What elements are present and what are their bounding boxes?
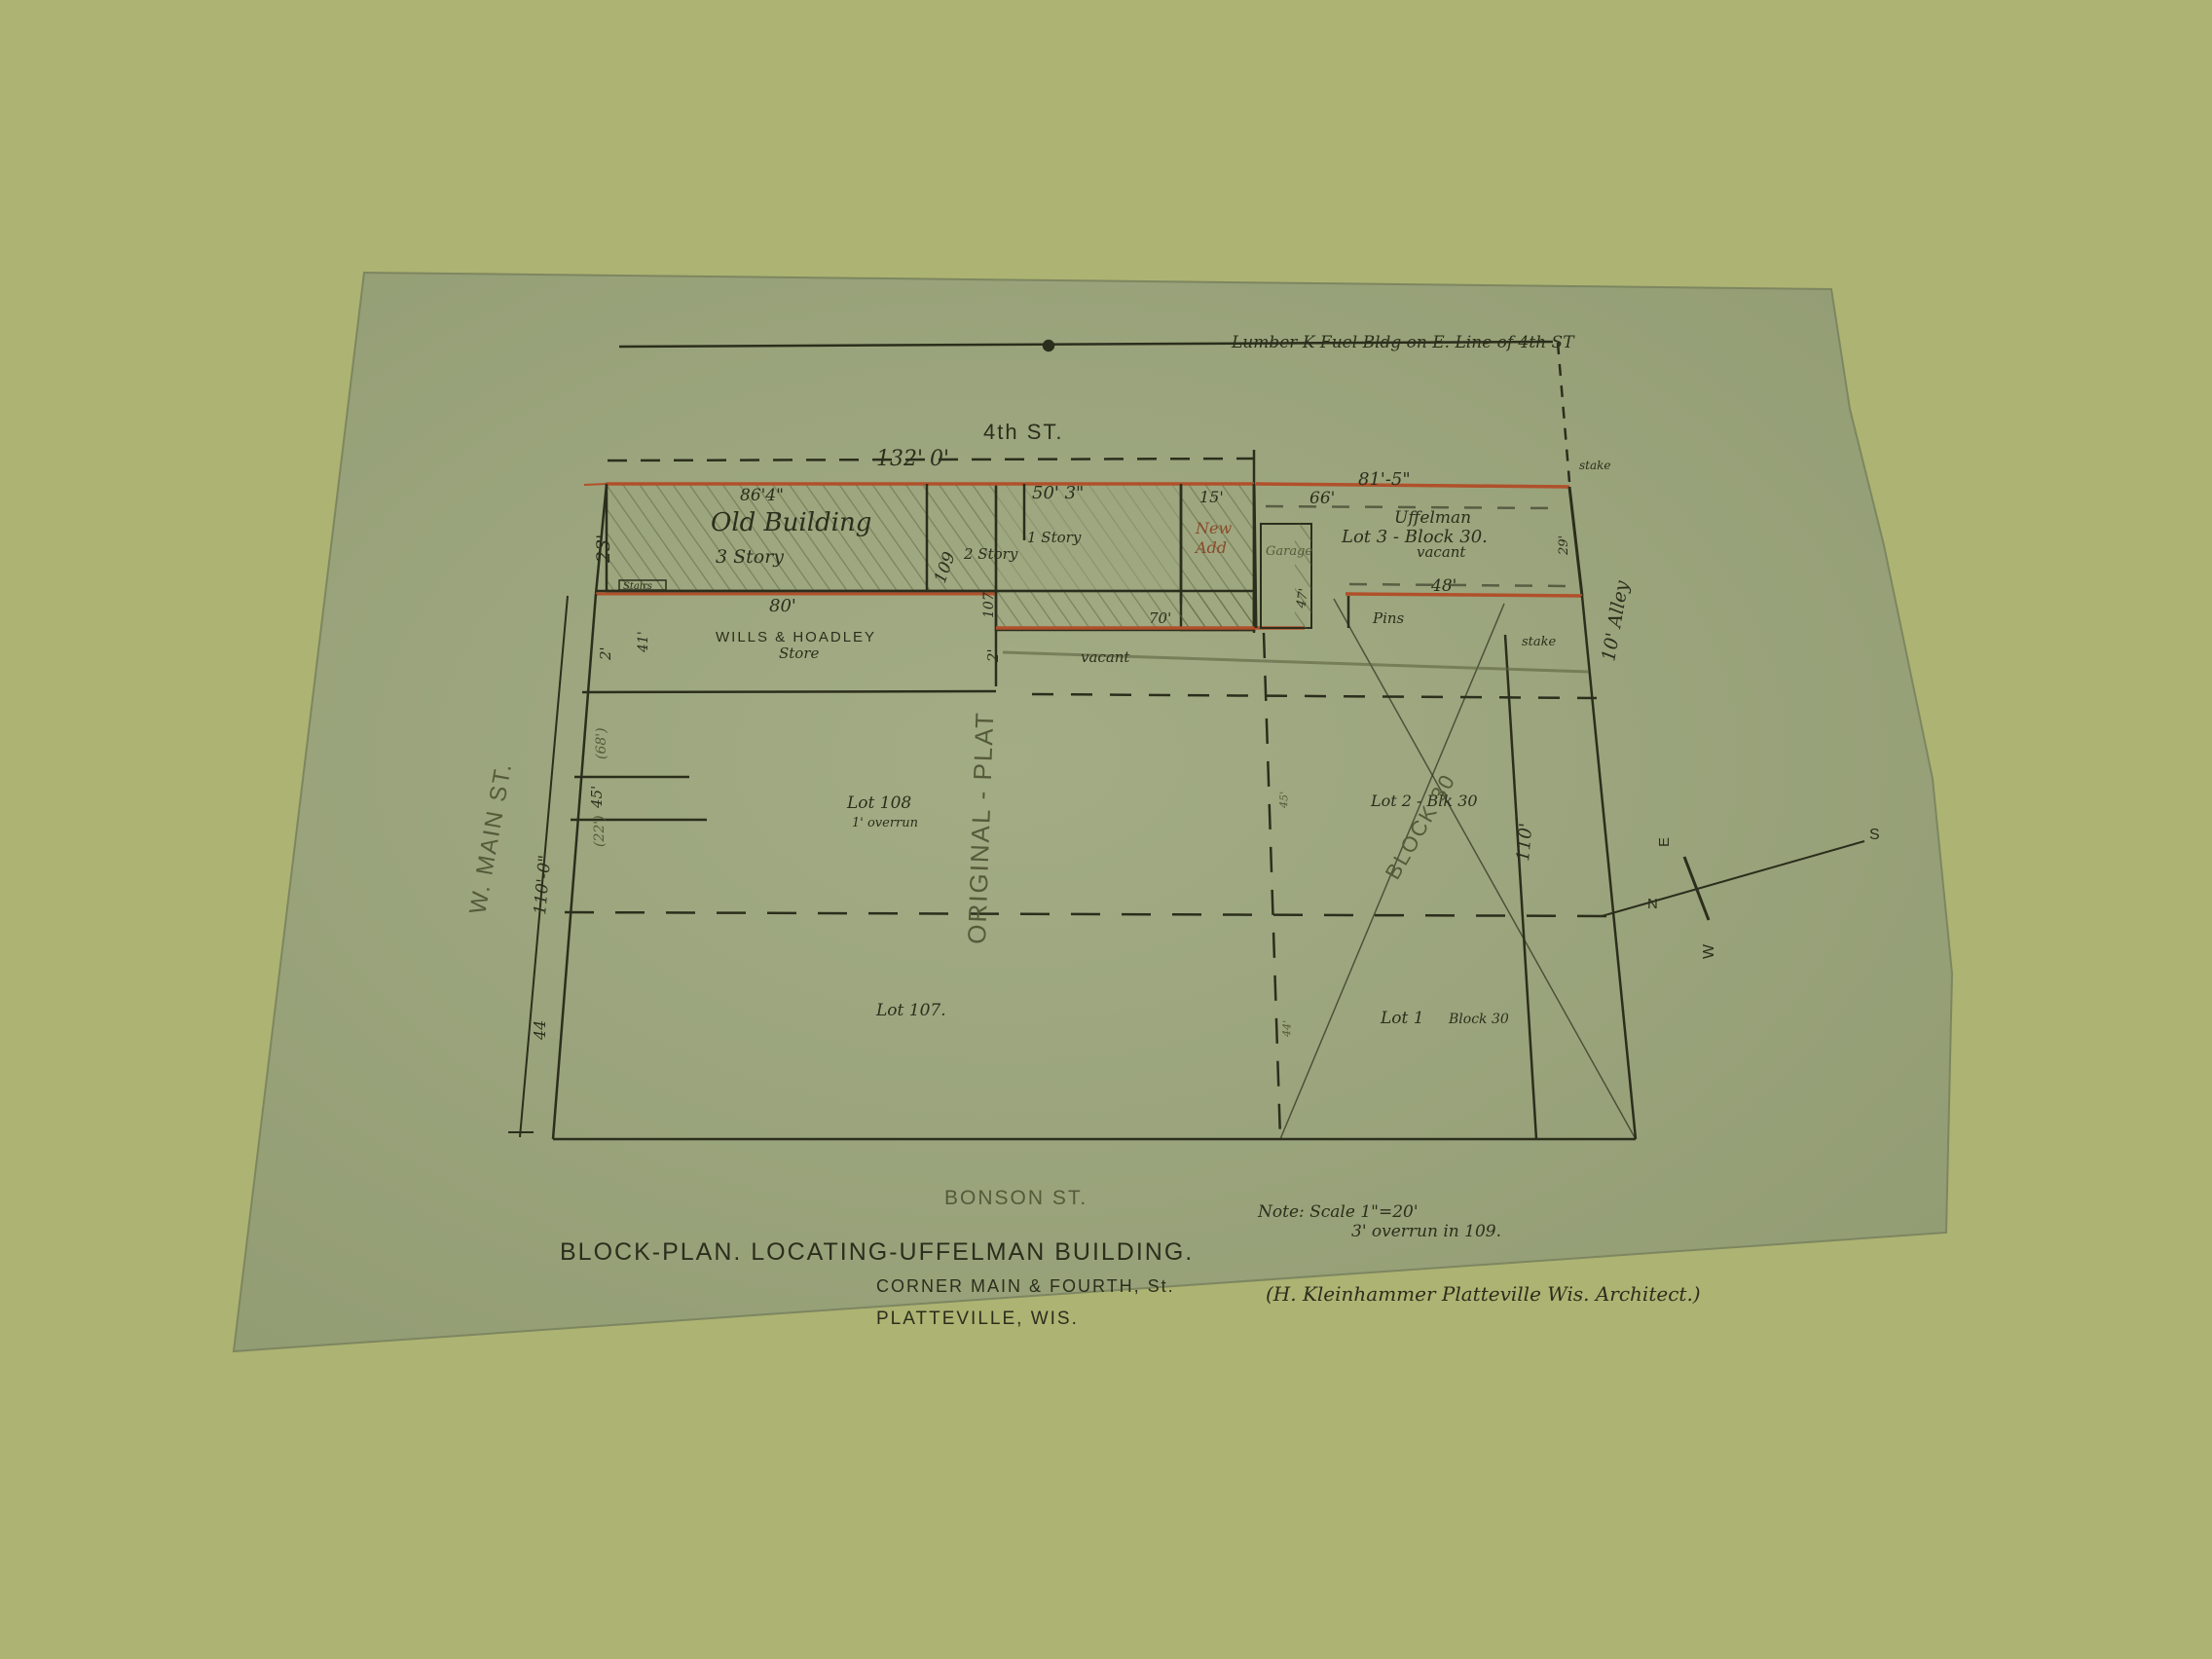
svg-text:Store: Store	[779, 645, 820, 662]
svg-text:(22'): (22')	[592, 815, 608, 847]
store-label: WILLS & HOADLEY	[716, 629, 876, 645]
svg-text:vacant: vacant	[1417, 543, 1466, 561]
svg-text:3 Story: 3 Story	[716, 546, 784, 568]
compass-w: W	[1701, 942, 1717, 959]
svg-text:132' 0': 132' 0'	[876, 447, 949, 471]
svg-text:Old Building: Old Building	[711, 508, 871, 537]
svg-text:29': 29'	[1557, 535, 1571, 556]
plan-city: PLATTEVILLE, WIS.	[876, 1309, 1079, 1329]
architect-signature: (H. Kleinhammer Platteville Wis. Archite…	[1266, 1282, 1701, 1306]
svg-text:Block 30: Block 30	[1448, 1012, 1509, 1027]
plan-location: CORNER MAIN & FOURTH, St.	[876, 1276, 1175, 1296]
svg-text:(68'): (68')	[594, 727, 609, 759]
svg-text:45': 45'	[1277, 792, 1291, 809]
svg-text:Garage: Garage	[1266, 544, 1312, 559]
svg-text:2': 2'	[984, 648, 1002, 663]
lot3-owner: Uffelman	[1394, 508, 1471, 528]
svg-text:Stairs: Stairs	[623, 581, 652, 592]
svg-text:2': 2'	[597, 646, 614, 661]
top-note: Lumber K Fuel Bldg on E. Line of 4th ST	[1231, 333, 1575, 352]
svg-text:1 Story: 1 Story	[1027, 529, 1082, 546]
svg-text:66': 66'	[1309, 489, 1335, 508]
svg-text:48': 48'	[1430, 576, 1456, 596]
compass-e: E	[1656, 835, 1673, 847]
scale-note: Note: Scale 1"=20'	[1257, 1202, 1419, 1222]
svg-text:15': 15'	[1199, 488, 1224, 506]
svg-text:2 Story: 2 Story	[963, 545, 1018, 563]
street-4th: 4th ST.	[983, 420, 1063, 444]
photo-scene: Lumber K Fuel Bldg on E. Line of 4th ST …	[0, 0, 2212, 1659]
svg-text:107: 107	[981, 592, 997, 618]
svg-text:1' overrun: 1' overrun	[852, 816, 918, 830]
svg-text:80': 80'	[769, 596, 796, 616]
street-bonson: BONSON ST.	[944, 1187, 1088, 1209]
svg-text:3' overrun in 109.: 3' overrun in 109.	[1351, 1222, 1501, 1241]
svg-text:70': 70'	[1149, 609, 1171, 627]
svg-text:45': 45'	[588, 786, 606, 809]
svg-text:Add: Add	[1194, 538, 1227, 557]
svg-text:41': 41'	[636, 631, 651, 653]
compass-s: S	[1869, 827, 1882, 843]
svg-text:stake: stake	[1579, 459, 1611, 472]
svg-text:Pins: Pins	[1372, 609, 1405, 627]
svg-text:Lot 1: Lot 1	[1380, 1009, 1424, 1028]
svg-text:50' 3": 50' 3"	[1032, 483, 1084, 503]
svg-text:Lot 108: Lot 108	[846, 793, 911, 813]
svg-text:New: New	[1195, 519, 1232, 537]
svg-text:vacant: vacant	[1081, 648, 1130, 666]
svg-text:110': 110'	[1513, 822, 1536, 862]
svg-text:44': 44'	[1280, 1020, 1294, 1038]
plan-title: BLOCK-PLAN. LOCATING-UFFELMAN BUILDING.	[560, 1238, 1194, 1266]
svg-text:Lot 107.: Lot 107.	[875, 1001, 946, 1020]
svg-text:86'4": 86'4"	[740, 486, 784, 505]
svg-text:81'-5": 81'-5"	[1358, 469, 1411, 490]
svg-text:23': 23'	[593, 535, 614, 564]
svg-text:44: 44	[531, 1020, 549, 1041]
compass-n: N	[1647, 896, 1660, 912]
svg-text:stake: stake	[1522, 635, 1557, 649]
